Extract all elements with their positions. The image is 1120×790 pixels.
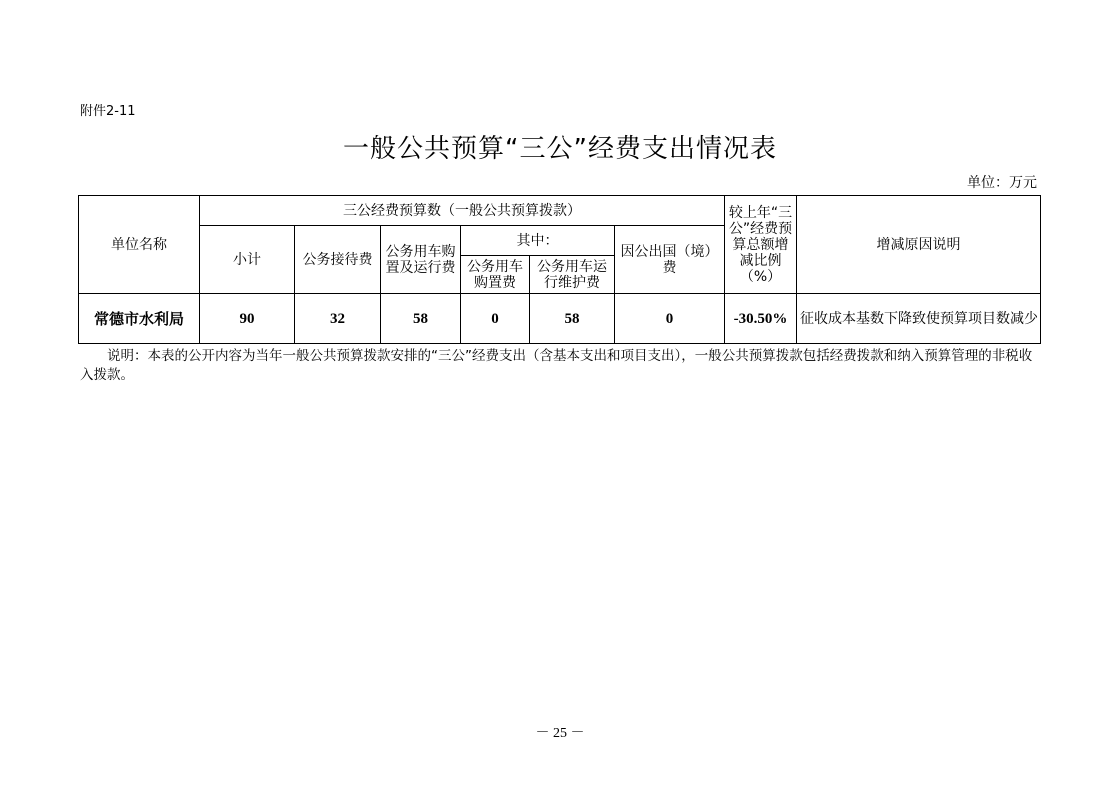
header-subtotal: 小计 [200,226,295,294]
cell-subtotal: 90 [200,294,295,344]
cell-unit-name: 常德市水利局 [79,294,200,344]
table-row: 常德市水利局 90 32 58 0 58 0 -30.50% 征收成本基数下降致… [79,294,1041,344]
cell-change-ratio: -30.50% [725,294,797,344]
header-of-which: 其中： [461,226,615,256]
header-unit-name: 单位名称 [79,196,200,294]
cell-vehicle-operation: 58 [530,294,615,344]
header-reason: 增减原因说明 [797,196,1041,294]
cell-reason: 征收成本基数下降致使预算项目数减少 [797,294,1041,344]
page-title: 一般公共预算“三公”经费支出情况表 [0,128,1120,165]
cell-reception: 32 [295,294,381,344]
header-vehicle-purchase: 公务用车购置费 [461,256,530,294]
header-budget-group: 三公经费预算数（一般公共预算拨款） [200,196,725,226]
header-vehicle-total: 公务用车购置及运行费 [381,226,461,294]
unit-label: 单位：万元 [967,172,1037,192]
expense-table: 单位名称 三公经费预算数（一般公共预算拨款） 较上年“三公”经费预算总额增减比例… [78,195,1041,344]
cell-vehicle-purchase: 0 [461,294,530,344]
header-reception: 公务接待费 [295,226,381,294]
header-row-1: 单位名称 三公经费预算数（一般公共预算拨款） 较上年“三公”经费预算总额增减比例… [79,196,1041,226]
attachment-label: 附件2-11 [80,100,136,119]
cell-overseas: 0 [615,294,725,344]
cell-vehicle-total: 58 [381,294,461,344]
page-number: － 25 － [0,722,1120,742]
header-vehicle-operation: 公务用车运行维护费 [530,256,615,294]
table-note: 说明：本表的公开内容为当年一般公共预算拨款安排的“三公”经费支出（含基本支出和项… [80,347,1040,385]
header-overseas: 因公出国（境）费 [615,226,725,294]
header-change-ratio: 较上年“三公”经费预算总额增减比例（%） [725,196,797,294]
